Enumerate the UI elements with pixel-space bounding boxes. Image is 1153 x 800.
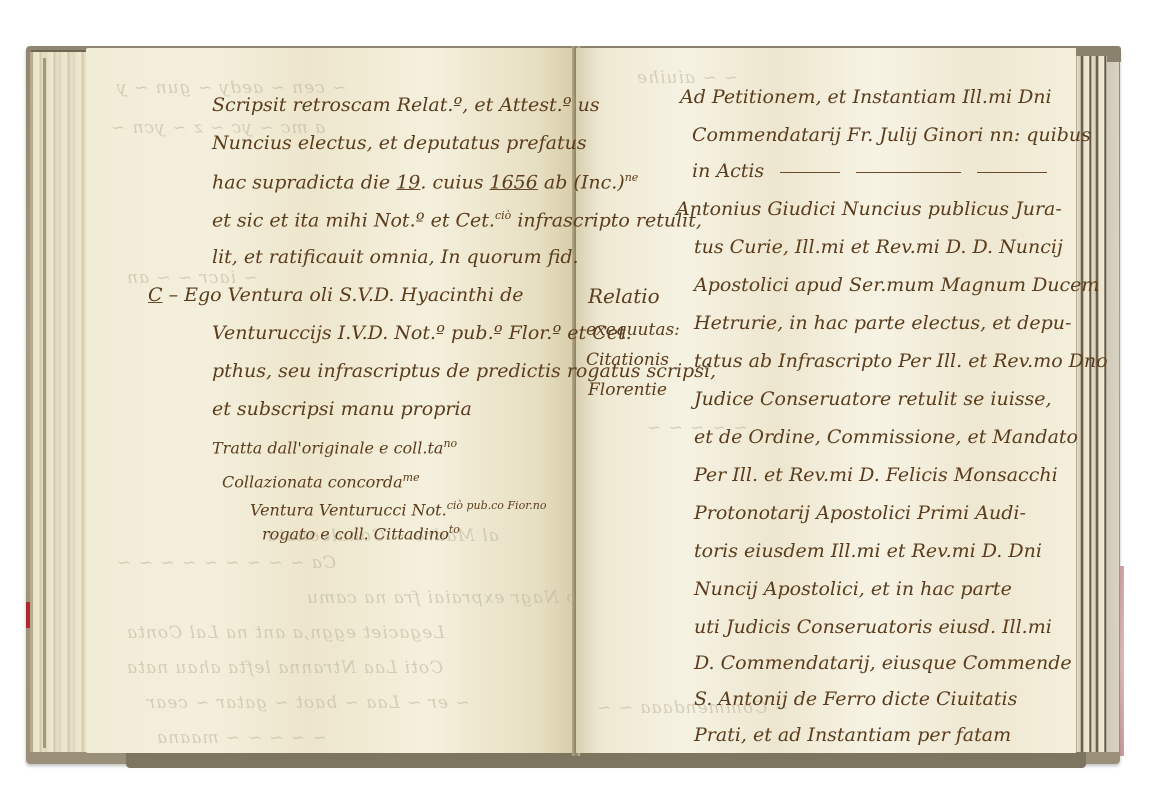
handwritten-line: tus Curie, Ill.mi et Rev.mi D. D. Nuncij [694, 238, 1063, 257]
line-filler-rule [977, 172, 1047, 173]
handwritten-line: et subscripsi manu propria [212, 400, 472, 419]
bleed-through-text: Legaciet eggn,a ant na Lal Conta [126, 623, 445, 643]
date-day: 19 [396, 171, 420, 193]
handwritten-line: Scripsit retroscam Relat.º, et Attest.º … [212, 96, 600, 115]
handwritten-line: toris eiusdem Ill.mi et Rev.mi D. Dni [694, 542, 1042, 561]
margin-mark: C [148, 284, 163, 306]
handwritten-line: Tratta dall'originale e coll.tano [212, 438, 457, 456]
margin-note-line: Citationis [586, 352, 669, 369]
handwritten-line: Judice Conseruatore retulit se iuisse, [694, 390, 1052, 409]
handwritten-line: D. Commendatarij, eiusque Commende [694, 654, 1072, 673]
handwritten-line: in Actis [692, 162, 1047, 181]
line-filler-rule [780, 172, 840, 173]
handwritten-line: Nuncij Apostolici, et in hac parte [694, 580, 1012, 599]
margin-note-line: Relatio [588, 286, 660, 306]
handwritten-line: lit, et ratificauit omnia, In quorum fid… [212, 248, 579, 267]
handwritten-line: et de Ordine, Commissione, et Mandato [694, 428, 1078, 447]
handwritten-line: tatus ab Infrascripto Per Ill. et Rev.mo… [694, 352, 1108, 371]
handwritten-line: Apostolici apud Ser.mum Magnum Ducem [694, 276, 1099, 295]
bleed-through-text: ~ er ~ Laa ~ baot ~ gatar ~ cear [146, 693, 470, 713]
bleed-through-text: Coti Laa Ntranna lefta ahau nata [126, 658, 443, 678]
bleed-through-text: Ca ~ ~ ~ ~ ~ ~ ~ ~ ~ [116, 553, 336, 573]
margin-note-line: exequutas: [586, 322, 680, 339]
handwritten-line: uti Judicis Conseruatoris eiusd. Ill.mi [694, 618, 1052, 637]
date-year: 1656 [490, 171, 538, 193]
bleed-through-text: ~ ~ aiuihe [636, 68, 738, 88]
handwritten-line: Prati, et ad Instantiam per fatam [694, 726, 1011, 745]
bleed-through-text: ~ ~ ~ ~ ~ maana [156, 728, 327, 748]
handwritten-line: Nuncius electus, et deputatus prefatus [212, 134, 587, 153]
handwritten-line: Hetrurie, in hac parte electus, et depu- [694, 314, 1071, 333]
cover-edge-right [1105, 62, 1119, 752]
handwritten-line: Venturuccijs I.V.D. Not.º pub.º Flor.º e… [212, 324, 632, 343]
handwritten-line: Protonotarij Apostolici Primi Audi- [694, 504, 1026, 523]
red-edge-stain [1120, 566, 1124, 756]
margin-note-line: Florentie [588, 382, 667, 399]
handwritten-line: C – Ego Ventura oli S.V.D. Hyacinthi de [148, 286, 524, 305]
handwritten-signature: Ventura Venturucci Not.ciò pub.co Fior.n… [250, 500, 546, 518]
handwritten-line: Collazionata concordame [222, 472, 420, 490]
handwritten-line: hac supradicta die 19. cuius 1656 ab (In… [212, 172, 638, 192]
handwritten-line: S. Antonij de Ferro dicte Ciuitatis [694, 690, 1017, 709]
line-filler-rule [856, 172, 961, 173]
page-edges-left [30, 52, 91, 752]
handwritten-line: Antonius Giudici Nuncius publicus Jura- [676, 200, 1062, 219]
handwritten-line: Per Ill. et Rev.mi D. Felicis Monsacchi [694, 466, 1058, 485]
handwritten-line: Commendatarij Fr. Julij Ginori nn: quibu… [692, 126, 1091, 145]
handwritten-line: et sic et ita mihi Not.º et Cet.ciò infr… [212, 210, 702, 230]
handwritten-line: Ad Petitionem, et Instantiam Ill.mi Dni [680, 88, 1052, 107]
handwritten-signature: rogato e coll. Cittadinoto [262, 524, 460, 542]
